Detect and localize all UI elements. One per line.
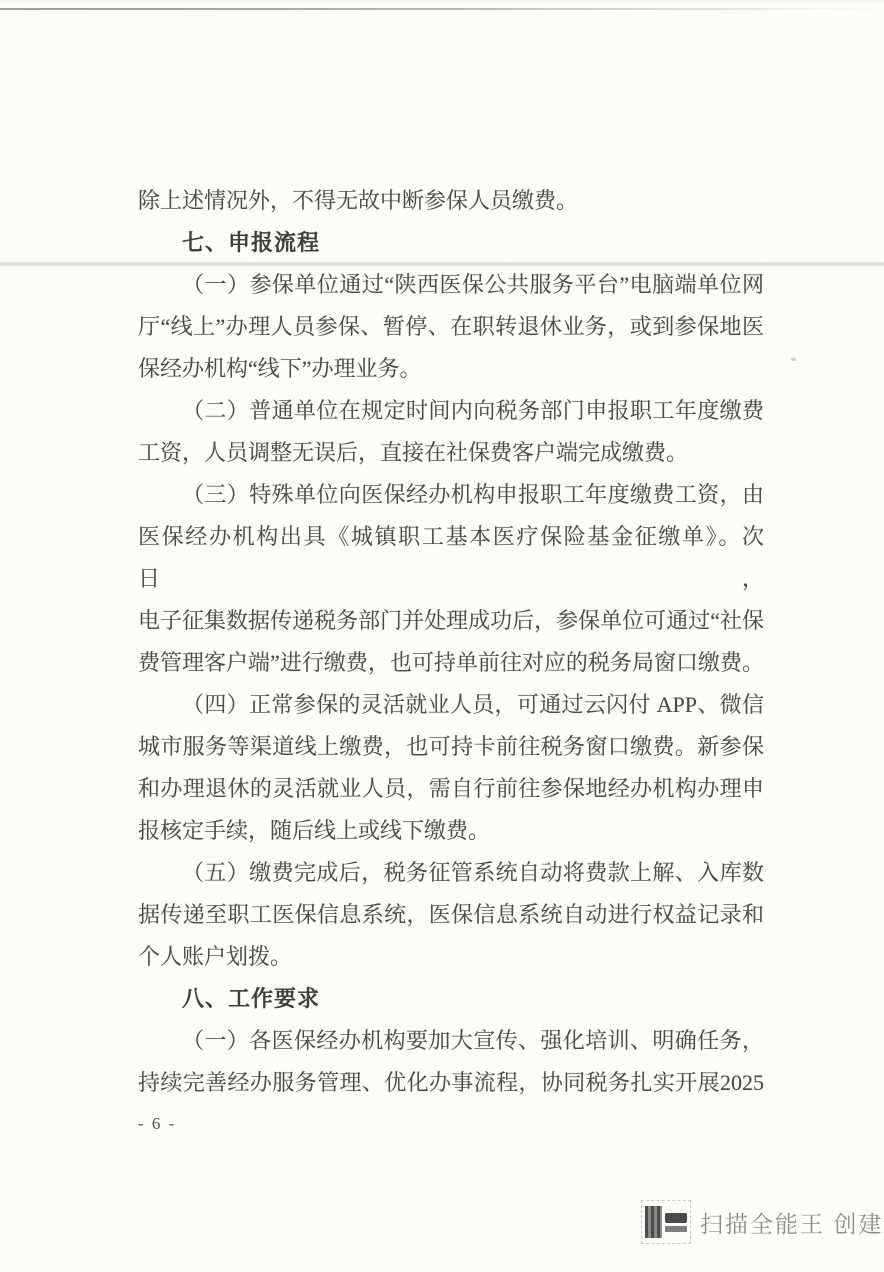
line-text: 和办理退休的灵活就业人员，需自行前往参保地经办机构办理申 [138,776,764,801]
text-line: （一）参保单位通过“陕西医保公共服务平台”电脑端单位网 [138,264,764,306]
line-text: 工资，人员调整无误后，直接在社保费客户端完成缴费。 [138,440,688,465]
line-text: 个人账户划拨。 [138,944,292,969]
scan-artifact-top-strip [0,0,884,4]
text-line: （二）普通单位在规定时间内向税务部门申报职工年度缴费 [138,390,764,432]
text-line: 八、工作要求 [138,978,764,1020]
text-line: （三）特殊单位向医保经办机构申报职工年度缴费工资，由 [138,474,764,516]
text-line: 除上述情况外，不得无故中断参保人员缴费。 [138,180,764,222]
text-line: 城市服务等渠道线上缴费，也可持卡前往税务窗口缴费。新参保 [138,726,764,768]
line-text: 费管理客户端”进行缴费，也可持单前往对应的税务局窗口缴费。 [138,650,764,675]
text-line: 个人账户划拨。 [138,936,764,978]
line-text: 持续完善经办服务管理、优化办事流程，协同税务扎实开展2025 [138,1070,764,1095]
line-text: （二）普通单位在规定时间内向税务部门申报职工年度缴费 [182,398,764,423]
text-line: （四）正常参保的灵活就业人员，可通过云闪付 APP、微信 [138,684,764,726]
text-line: 电子征集数据传递税务部门并处理成功后，参保单位可通过“社保 [138,600,764,642]
text-line: 厅“线上”办理人员参保、暂停、在职转退休业务，或到参保地医 [138,306,764,348]
camscanner-logo-text-block [665,1213,687,1232]
text-line: 保经办机构“线下”办理业务。 [138,348,764,390]
document-body: 除上述情况外，不得无故中断参保人员缴费。七、申报流程（一）参保单位通过“陕西医保… [138,180,764,1104]
scan-artifact-speck [791,358,796,361]
line-text: 城市服务等渠道线上缴费，也可持卡前往税务窗口缴费。新参保 [138,734,764,759]
line-text: （一）参保单位通过“陕西医保公共服务平台”电脑端单位网 [182,272,764,297]
line-text: 七、申报流程 [182,230,320,255]
text-line: 报核定手续，随后线上或线下缴费。 [138,810,764,852]
camscanner-watermark: 扫描全能王 创建 [641,1198,883,1246]
line-text: （五）缴费完成后，税务征管系统自动将费款上解、入库数 [182,860,764,885]
text-line: （一）各医保经办机构要加大宣传、强化培训、明确任务， [138,1020,764,1062]
text-line: 持续完善经办服务管理、优化办事流程，协同税务扎实开展2025 [138,1062,764,1104]
camscanner-logo-subtitle-bar [665,1226,687,1232]
page-number: - 6 - [138,1114,176,1134]
scan-artifact-top-line [0,8,884,10]
text-line: 工资，人员调整无误后，直接在社保费客户端完成缴费。 [138,432,764,474]
camscanner-logo [641,1200,691,1244]
text-line: 七、申报流程 [138,222,764,264]
line-text: （一）各医保经办机构要加大宣传、强化培训、明确任务， [182,1028,764,1053]
qr-code-icon [645,1206,662,1238]
line-text: 厅“线上”办理人员参保、暂停、在职转退休业务，或到参保地医 [138,314,764,339]
line-text: 保经办机构“线下”办理业务。 [138,356,422,381]
line-text: 八、工作要求 [182,986,320,1011]
scanned-document-page: 除上述情况外，不得无故中断参保人员缴费。七、申报流程（一）参保单位通过“陕西医保… [0,0,884,1272]
text-line: 医保经办机构出具《城镇职工基本医疗保险基金征缴单》。次日， [138,516,764,600]
line-text: （四）正常参保的灵活就业人员，可通过云闪付 APP、微信 [182,692,764,717]
camscanner-logo-title-bar [665,1213,687,1223]
text-line: （五）缴费完成后，税务征管系统自动将费款上解、入库数 [138,852,764,894]
line-text: （三）特殊单位向医保经办机构申报职工年度缴费工资，由 [182,482,764,507]
text-line: 和办理退休的灵活就业人员，需自行前往参保地经办机构办理申 [138,768,764,810]
line-text: 电子征集数据传递税务部门并处理成功后，参保单位可通过“社保 [138,608,764,633]
line-text: 据传递至职工医保信息系统，医保信息系统自动进行权益记录和 [138,902,764,927]
watermark-text: 扫描全能王 创建 [700,1206,883,1239]
line-text: 医保经办机构出具《城镇职工基本医疗保险基金征缴单》。次日， [138,524,764,591]
line-text: 报核定手续，随后线上或线下缴费。 [138,818,490,843]
text-line: 据传递至职工医保信息系统，医保信息系统自动进行权益记录和 [138,894,764,936]
text-line: 费管理客户端”进行缴费，也可持单前往对应的税务局窗口缴费。 [138,642,764,684]
line-text: 除上述情况外，不得无故中断参保人员缴费。 [138,188,578,213]
